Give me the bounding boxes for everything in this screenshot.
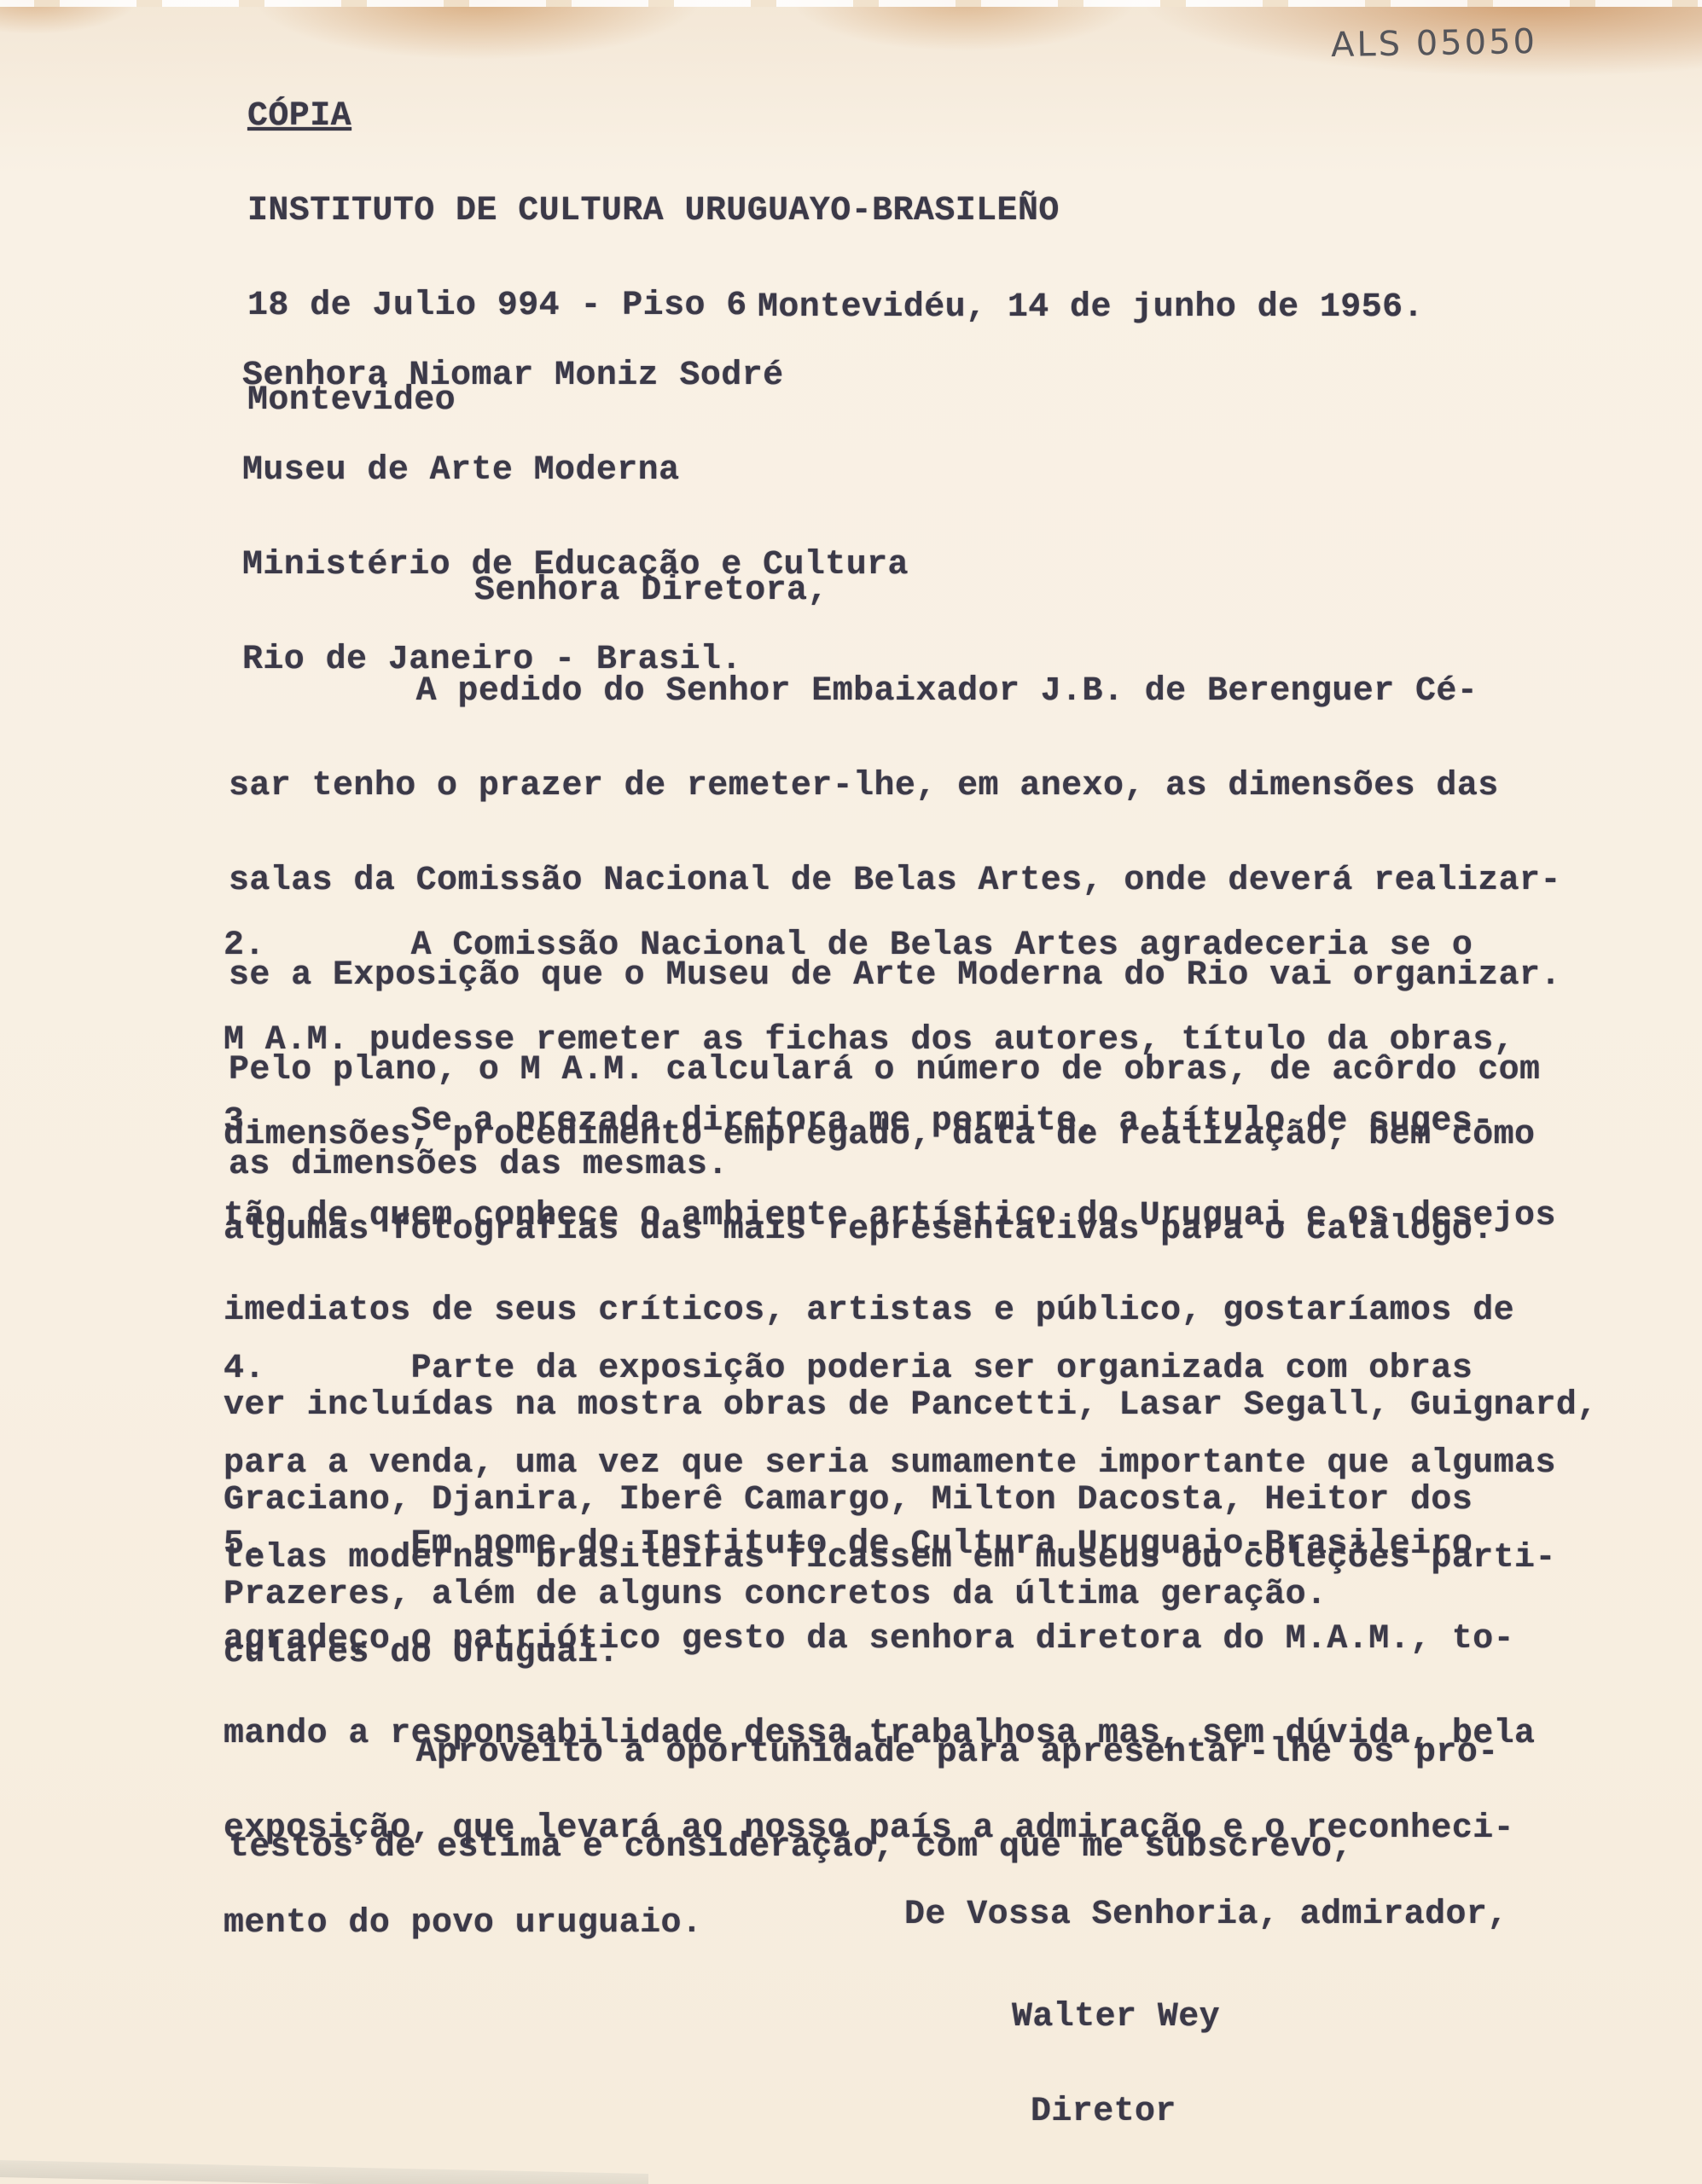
copy-label: CÓPIA — [247, 101, 1060, 132]
paper-fold-shadow — [0, 2160, 648, 2184]
paragraph-line: sar tenho o prazer de remeter-lhe, em an… — [229, 770, 1561, 802]
letter-page: ALS 05050 CÓPIA INSTITUTO DE CULTURA URU… — [0, 0, 1702, 2184]
paper-top-edge — [0, 0, 1702, 7]
recipient-name: Senhora Niomar Moniz Sodré — [242, 360, 909, 392]
archive-mark: ALS 05050 — [1331, 22, 1538, 65]
closing-text: De Vossa Senhoria, admirador, — [904, 1899, 1508, 1931]
paragraph-line: 5. Em nome do Instituto de Cultura Urugu… — [224, 1529, 1535, 1560]
paragraph-line: Aproveito a oportunidade para apresentar… — [229, 1737, 1499, 1769]
recipient-org: Museu de Arte Moderna — [242, 455, 909, 486]
signature-name: Walter Wey — [1012, 2001, 1220, 2033]
institution-name: INSTITUTO DE CULTURA URUGUAYO-BRASILEÑO — [247, 195, 1060, 227]
paragraph-line: 2. A Comissão Nacional de Belas Artes ag… — [224, 930, 1535, 961]
paragraph-line: agradeço o patriótico gesto da senhora d… — [224, 1623, 1535, 1655]
signature-title: Diretor — [1012, 2096, 1220, 2128]
paragraph-line: tão de quem conhece o ambiente artístico… — [224, 1200, 1598, 1232]
salutation-text: Senhora Diretora, — [474, 575, 828, 607]
paragraph-line: A pedido do Senhor Embaixador J.B. de Be… — [229, 676, 1561, 707]
paragraph-line: 3. Se a prezada diretora me permite, a t… — [224, 1106, 1598, 1137]
signature-block: Walter Wey Diretor — [1012, 1938, 1220, 2184]
paragraph-line: 4. Parte da exposição poderia ser organi… — [224, 1353, 1556, 1385]
